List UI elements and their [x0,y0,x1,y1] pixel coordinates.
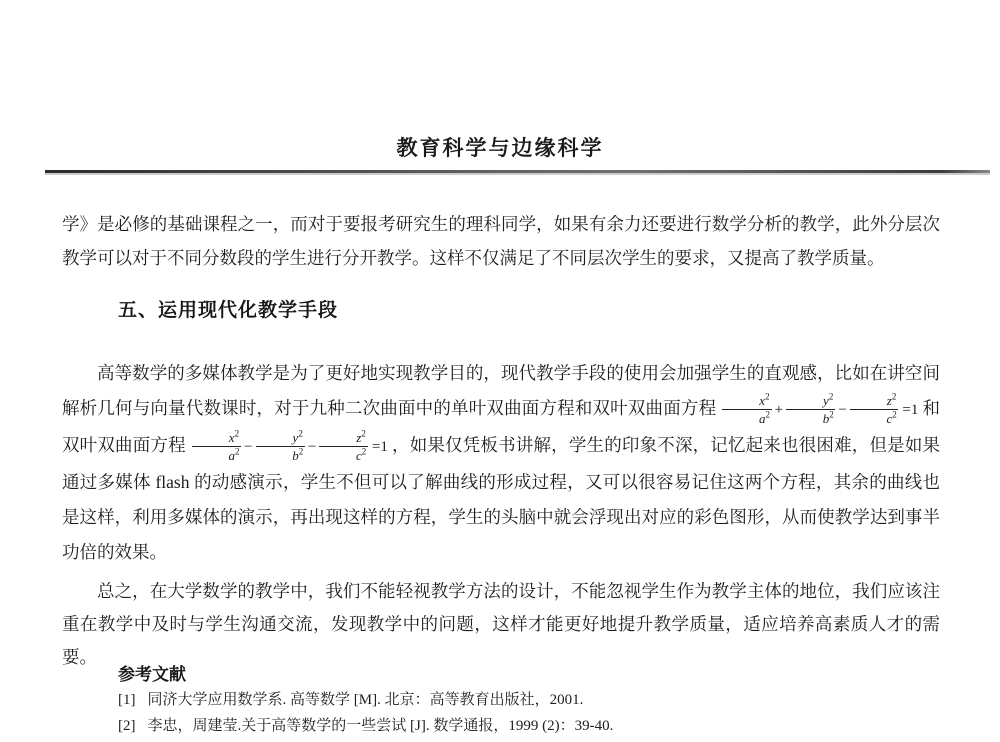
paragraph-summary: 总之，在大学数学的教学中，我们不能轻视教学方法的设计，不能忽视学生作为教学主体的… [62,575,940,674]
header-divider-rule [45,170,990,173]
reference-item: [2]李忠，周建莹.关于高等数学的一些尝试 [J]. 数学通报，1999 (2)… [118,716,613,736]
equals-one: =1 [372,439,388,455]
minus-operator: − [838,402,846,418]
equals-one: =1 [902,402,918,418]
minus-operator: − [244,439,252,455]
reference-marker: [2] [118,716,136,736]
plus-operator: + [775,402,783,418]
fraction-y-over-b: y2b2 [786,394,835,425]
formula-single-sheet-hyperboloid: x2a2+y2b2−z2c2=1 [720,398,918,418]
fraction-z-over-c: z2c2 [319,431,368,462]
paragraph-multimedia: 高等数学的多媒体教学是为了更好地实现教学目的，现代教学手段的使用会加强学生的直观… [62,356,940,570]
formula-two-sheet-hyperboloid: x2a2−y2b2−z2c2=1 [190,435,388,455]
fraction-x-over-a: x2a2 [722,394,771,425]
fraction-y-over-b: y2b2 [256,431,305,462]
reference-item: [1]同济大学应用数学系. 高等数学 [M]. 北京：高等教育出版社，2001. [118,690,583,710]
paragraph-continuation: 学》是必修的基础课程之一，而对于要报考研究生的理科同学，如果有余力还要进行数学分… [62,207,940,275]
journal-header-title: 教育科学与边缘科学 [0,132,1000,162]
minus-operator: − [308,439,316,455]
fraction-x-over-a: x2a2 [192,431,241,462]
reference-text: 李忠，周建莹.关于高等数学的一些尝试 [J]. 数学通报，1999 (2)：39… [148,718,614,734]
fraction-z-over-c: z2c2 [850,394,899,425]
reference-text: 同济大学应用数学系. 高等数学 [M]. 北京：高等教育出版社，2001. [148,692,584,708]
section-heading: 五、运用现代化教学手段 [118,295,338,322]
reference-marker: [1] [118,690,136,710]
scanned-paper-page: 教育科学与边缘科学 学》是必修的基础课程之一，而对于要报考研究生的理科同学，如果… [0,0,1000,742]
references-heading: 参考文献 [118,660,186,685]
